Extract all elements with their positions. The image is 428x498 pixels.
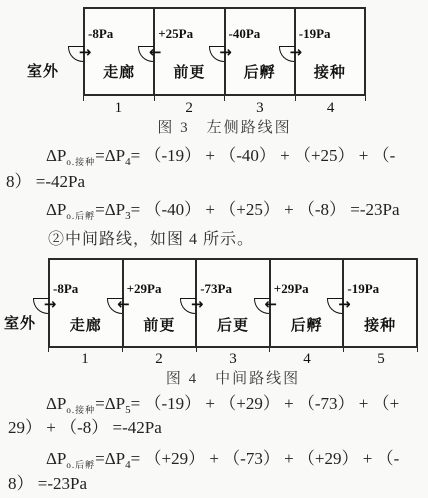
formula-mid: =ΔP	[95, 449, 125, 468]
room-name: 前更	[155, 61, 223, 82]
room-numbers: 1 2 3 4	[83, 100, 366, 117]
room-numbers: 1 2 3 4 5	[48, 351, 418, 368]
formula-base: ΔP	[46, 200, 66, 219]
formula-expression: = （+29） + （-73） + （+29） + （-	[131, 449, 400, 468]
airflow-arrow-icon: →	[330, 297, 358, 311]
formula-f3-line1: ΔPo.接种=ΔP5= （-19） + （+29） + （-73） + （+	[46, 393, 399, 414]
pressure-label: -19Pa	[347, 281, 379, 297]
formula-base: ΔP	[46, 146, 66, 165]
airflow-arrow-icon: →	[212, 45, 240, 59]
figure4-caption: 图 4 中间路线图	[48, 367, 418, 388]
room-number: 2	[122, 351, 196, 368]
figure4-diagram: → -8Pa 走廊 ← +29Pa 前更 → -73Pa 后更 ← +29Pa …	[48, 258, 418, 348]
airflow-arrow-icon: →	[71, 45, 99, 59]
room-number: 3	[196, 351, 270, 368]
figure3-caption: 图 3 左侧路线图	[63, 116, 386, 137]
room-name: 走廊	[50, 314, 122, 335]
formula-mid: =ΔP	[95, 200, 125, 219]
formula-base: ΔP	[46, 394, 66, 413]
formula-f1-line1: ΔPo.接种=ΔP4= （-19） + （-40） + （+25） + （-	[46, 145, 395, 166]
pressure-label: +25Pa	[158, 26, 193, 42]
room-name: 后孵	[271, 314, 343, 335]
room-name: 前更	[124, 314, 196, 335]
airflow-arrow-icon: ←	[110, 297, 138, 311]
room-name: 走廊	[85, 61, 153, 82]
formula-expression: = （-19） + （-40） + （+25） + （-	[131, 146, 396, 165]
airflow-arrow-icon: →	[282, 45, 310, 59]
room-number: 4	[270, 351, 344, 368]
pressure-label: -40Pa	[229, 26, 261, 42]
formula-f3-line2: 29） + （-8） =-42Pa	[8, 417, 162, 438]
outside-label: 室外	[4, 312, 36, 333]
room-name: 后更	[197, 314, 269, 335]
formula-mid: =ΔP	[95, 146, 125, 165]
room-number: 5	[344, 351, 418, 368]
outside-label: 室外	[27, 60, 59, 81]
formula-mid: =ΔP	[95, 394, 125, 413]
airflow-arrow-icon: →	[183, 297, 211, 311]
room-number: 4	[295, 100, 366, 117]
pressure-label: -73Pa	[200, 281, 232, 297]
room-number: 1	[83, 100, 154, 117]
formula-f4-line2: 8） =-23Pa	[8, 473, 87, 494]
room-number: 2	[154, 100, 225, 117]
room-inoculation: → -19Pa 接种	[294, 9, 364, 94]
formula-subscript: o.后孵	[66, 211, 95, 221]
pressure-label: +29Pa	[274, 281, 309, 297]
airflow-arrow-icon: ←	[141, 45, 169, 59]
formula-subscript: o.接种	[66, 405, 95, 415]
airflow-arrow-icon: ←	[257, 297, 285, 311]
pressure-label: -8Pa	[53, 281, 78, 297]
figure3-diagram: → -8Pa 走廊 ← +25Pa 前更 → -40Pa 后孵 → -19Pa …	[83, 7, 366, 96]
formula-f4-line1: ΔPo.后孵=ΔP4= （+29） + （-73） + （+29） + （-	[46, 448, 399, 469]
room-name: 后孵	[226, 61, 294, 82]
airflow-arrow-icon: →	[36, 297, 64, 311]
formula-base: ΔP	[46, 449, 66, 468]
pressure-label: +29Pa	[127, 281, 162, 297]
document-page: 室外 → -8Pa 走廊 ← +25Pa 前更 → -40Pa 后孵 → -1	[0, 0, 428, 498]
pressure-label: -19Pa	[299, 26, 331, 42]
formula-subscript: o.后孵	[66, 460, 95, 470]
formula-subscript: o.接种	[66, 157, 95, 167]
formula-f1-line2: 8） =-42Pa	[6, 171, 85, 192]
room-name: 接种	[296, 61, 364, 82]
section-heading: ②中间路线，如图 4 所示。	[48, 226, 254, 249]
room-number: 3	[225, 100, 296, 117]
pressure-label: -8Pa	[88, 26, 113, 42]
formula-expression: = （-40） + （+25） + （-8） =-23Pa	[131, 200, 400, 219]
room-name: 接种	[344, 314, 416, 335]
room-inoculation: → -19Pa 接种	[342, 260, 416, 346]
formula-f2-line1: ΔPo.后孵=ΔP3= （-40） + （+25） + （-8） =-23Pa	[46, 199, 400, 220]
room-number: 1	[48, 351, 122, 368]
formula-expression: = （-19） + （+29） + （-73） + （+	[131, 394, 400, 413]
